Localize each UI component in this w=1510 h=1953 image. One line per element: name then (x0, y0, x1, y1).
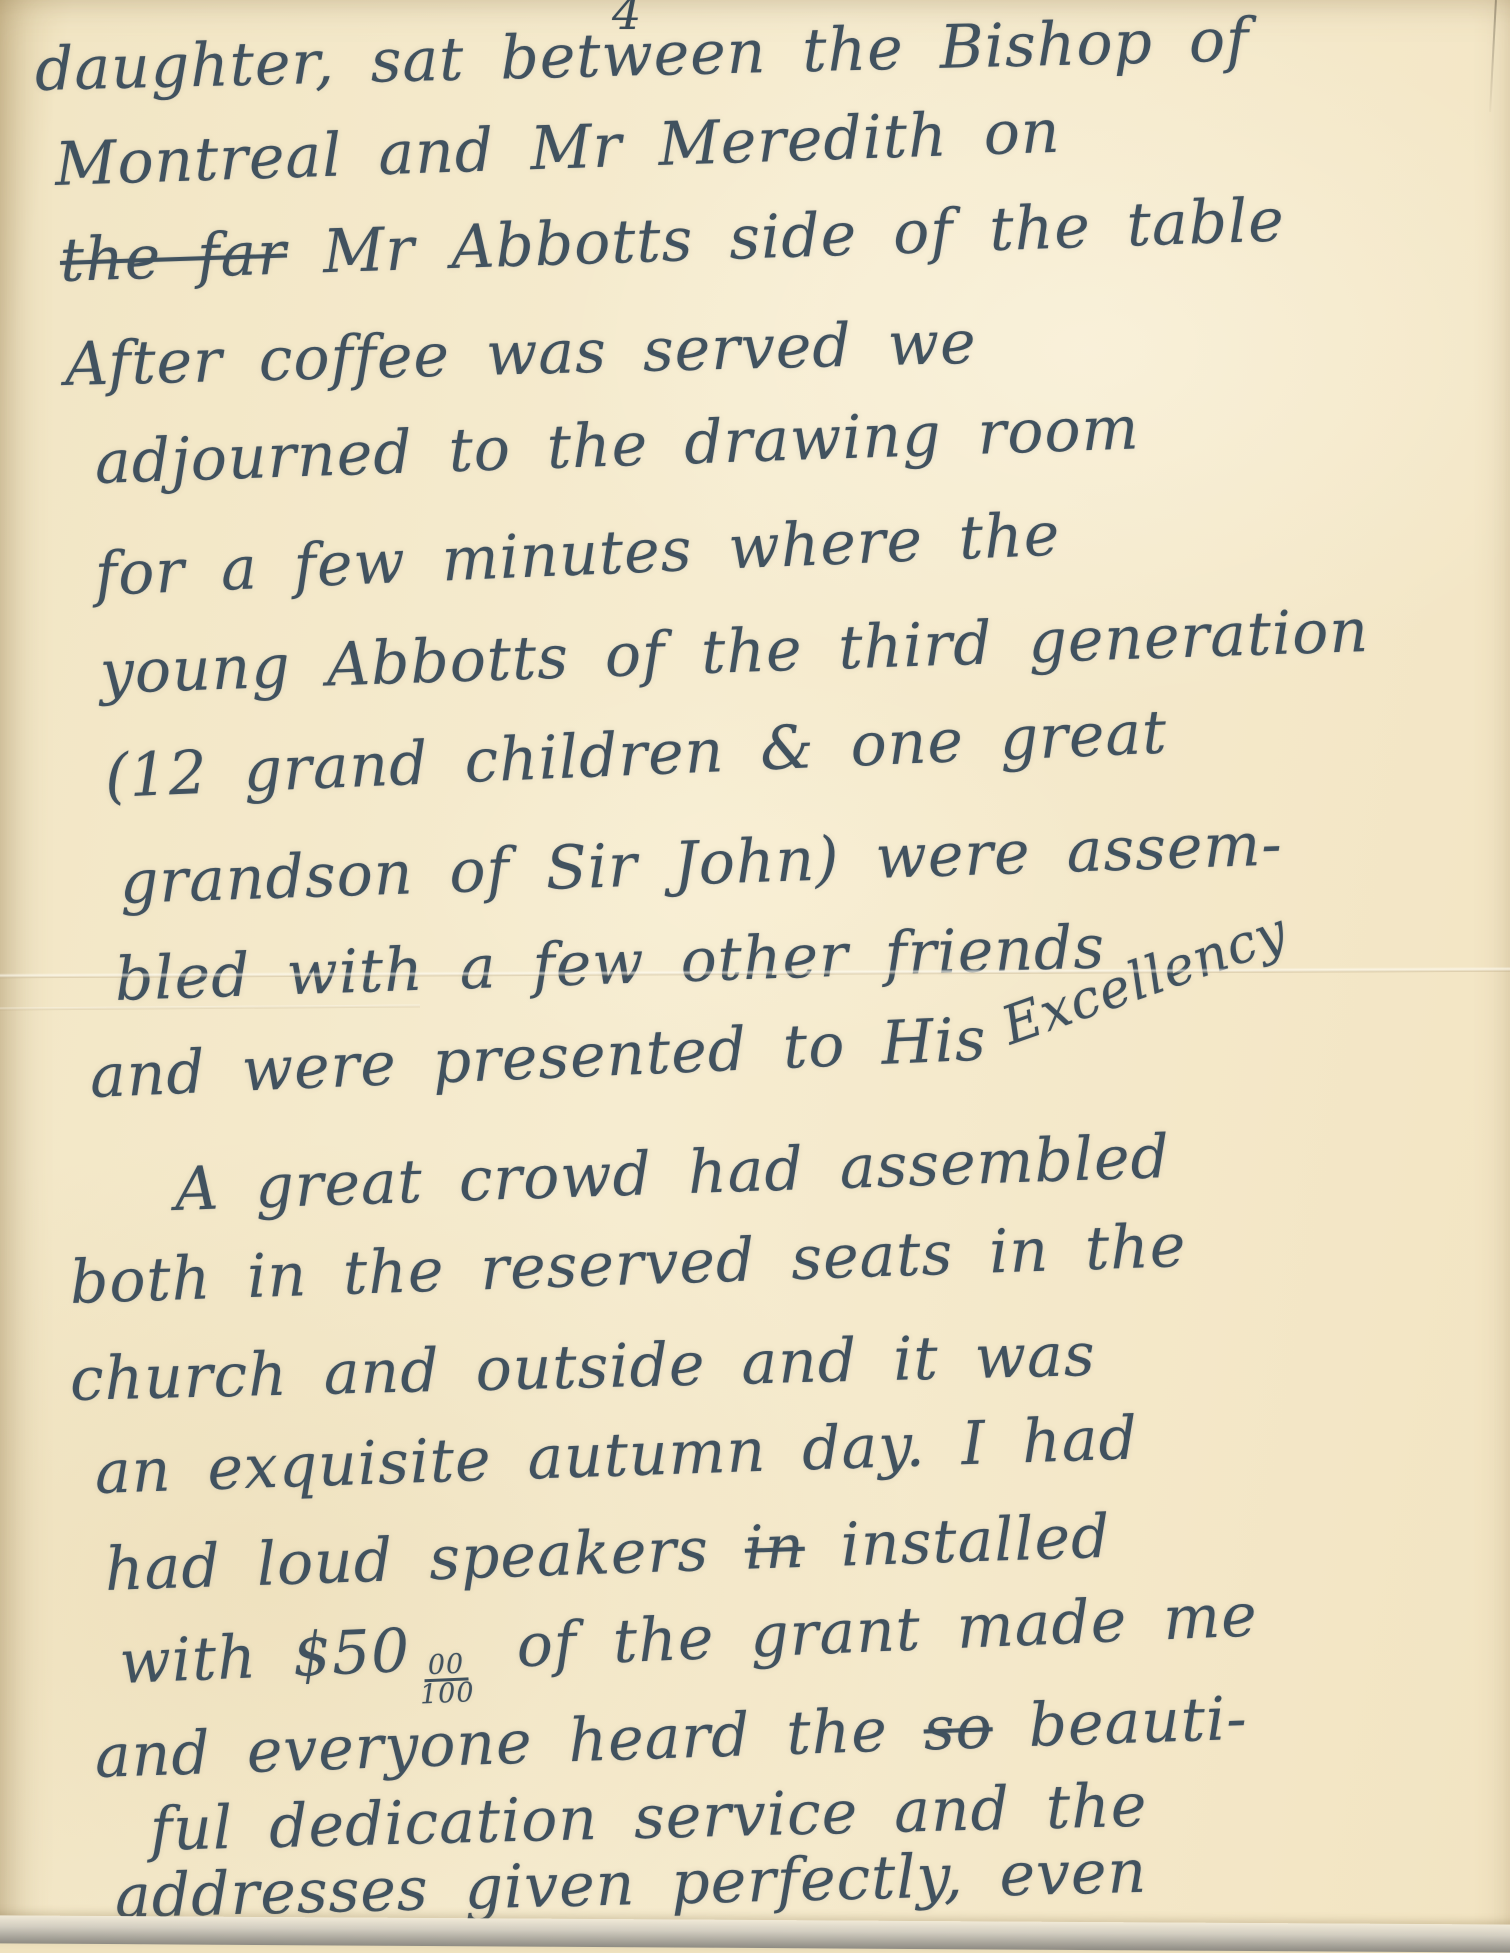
fraction-denominator: 100 (420, 1680, 476, 1708)
letter-page: 4 daughter, sat between the Bishop of Mo… (0, 0, 1510, 1943)
text-segment: adjourned to the drawing room (94, 393, 1141, 498)
paper-corner-crack (1489, 0, 1497, 112)
text-segment: young Abbotts of the third generation (99, 596, 1370, 708)
text-segment: daughter, sat between the Bishop of (34, 5, 1250, 105)
text-segment: with $50 (118, 1616, 412, 1698)
handwritten-line: the far Mr Abbotts side of the table (59, 185, 1286, 296)
text-segment: After coffee was served we (64, 308, 977, 400)
text-segment: A great crowd had assembled (174, 1122, 1171, 1225)
text-segment: had loud speakers (104, 1514, 746, 1605)
struck-text-segment: so (923, 1692, 994, 1764)
handwritten-line: adjourned to the drawing room (94, 393, 1141, 498)
struck-text-segment: in (744, 1512, 806, 1584)
handwritten-line-indented: A great crowd had assembled (174, 1122, 1171, 1225)
text-segment: and were presented to His (89, 1003, 1024, 1112)
text-segment: beauti- (991, 1684, 1248, 1762)
handwritten-line: for a few minutes where the (94, 500, 1062, 610)
handwritten-line: After coffee was served we (64, 308, 977, 400)
text-segment: for a few minutes where the (94, 500, 1062, 610)
handwritten-line: bled with a few other friends (114, 912, 1106, 1015)
handwritten-line: an exquisite autumn day. I had (94, 1403, 1139, 1508)
text-segment: installed (804, 1502, 1112, 1582)
text-segment: of the grant made me (479, 1580, 1259, 1682)
handwritten-line: young Abbotts of the third generation (99, 596, 1370, 708)
text-segment: bled with a few other friends (114, 912, 1106, 1015)
handwritten-line: grandson of Sir John) were assem- (119, 809, 1284, 918)
handwritten-line: Montreal and Mr Meredith on (54, 97, 1062, 200)
text-segment: both in the reserved seats in the (69, 1211, 1188, 1318)
handwritten-line: (12 grand children & one great (104, 698, 1169, 812)
handwritten-line: church and outside and it was (69, 1320, 1096, 1415)
text-segment: grandson of Sir John) were assem- (119, 809, 1284, 918)
paper-bottom-edge (0, 1915, 1510, 1943)
cents-fraction: 00100 (418, 1651, 475, 1708)
text-segment: Mr Abbotts side of the table (286, 185, 1286, 288)
text-segment: Montreal and Mr Meredith on (54, 97, 1062, 200)
handwritten-line: both in the reserved seats in the (69, 1211, 1188, 1318)
handwritten-line: daughter, sat between the Bishop of (34, 5, 1250, 105)
handwritten-line: had loud speakers in installed (104, 1502, 1112, 1605)
text-segment: church and outside and it was (69, 1320, 1096, 1415)
text-segment: an exquisite autumn day. I had (94, 1403, 1139, 1508)
text-segment: (12 grand children & one great (104, 698, 1169, 812)
struck-text-segment: the far (59, 218, 288, 295)
